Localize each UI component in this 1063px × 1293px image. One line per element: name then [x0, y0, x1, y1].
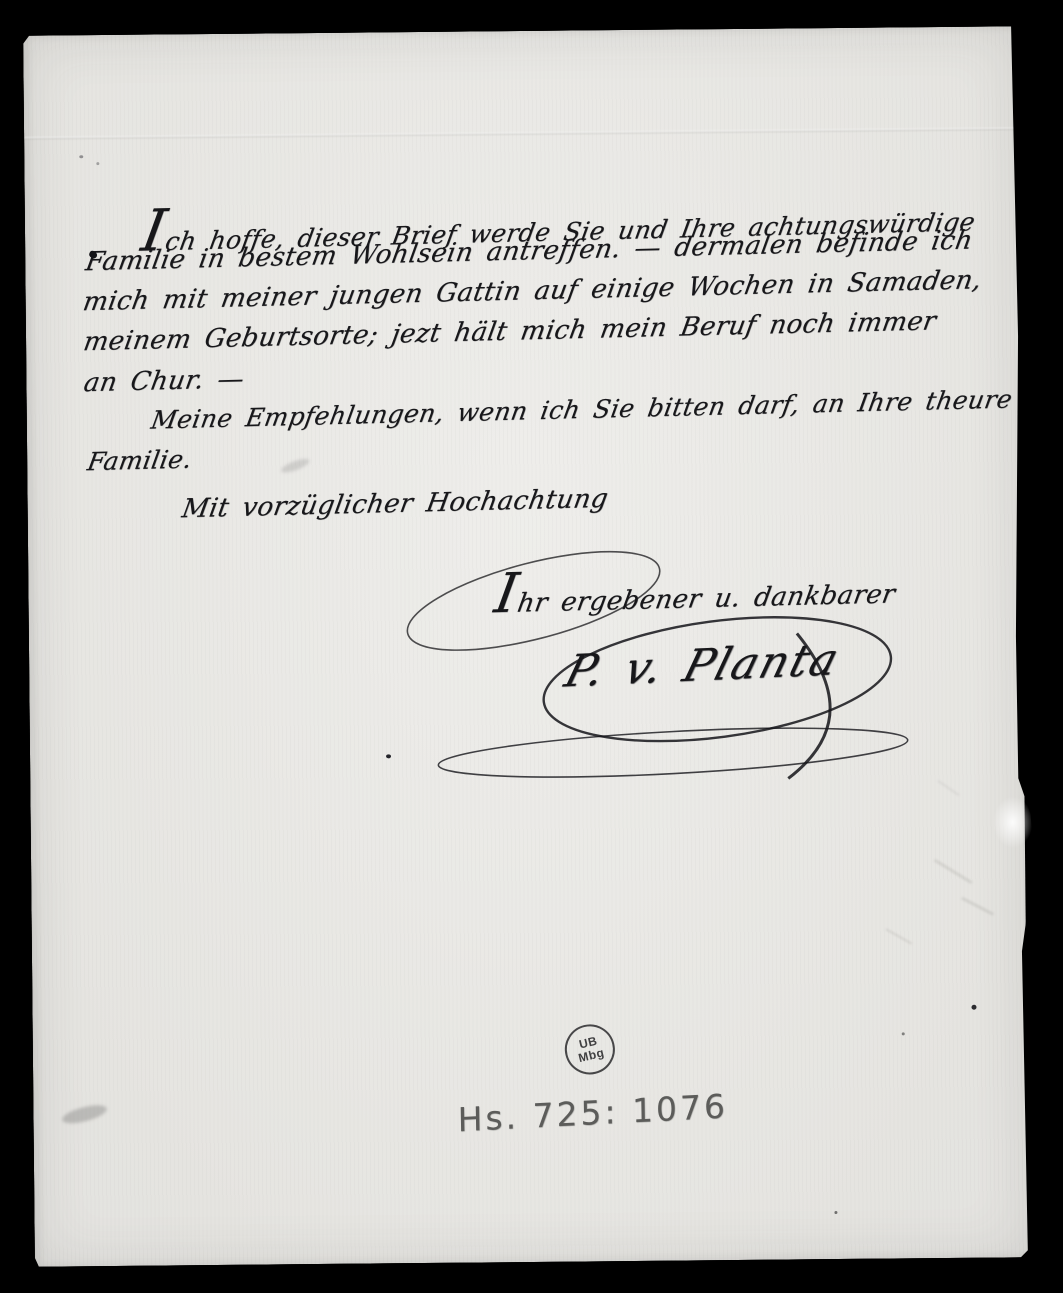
ink-speck [386, 754, 391, 758]
closing-formula: Mit vorzüglicher Hochachtung [180, 485, 610, 524]
letter-line-6: Meine Empfehlungen, wenn ich Sie bitten … [149, 385, 1014, 434]
ink-speck [834, 1211, 837, 1214]
letter-line-5: an Chur. — [82, 365, 247, 398]
ghost-mark [934, 859, 973, 885]
ink-speck [96, 162, 99, 165]
paper-highlight [992, 796, 1032, 848]
ink-speck [971, 1005, 976, 1010]
library-stamp: UB Mbg [560, 1019, 620, 1079]
letter-line-7: Familie. [85, 446, 194, 476]
ghost-mark [937, 780, 960, 796]
scanner-background: Ich hoffe, dieser Brief werde Sie und Ih… [0, 0, 1063, 1293]
ink-speck [79, 155, 83, 158]
fold-crease [24, 127, 1018, 140]
signature: P. v. Planta [559, 636, 845, 697]
letter-line-4: meinem Geburtsorte; jezt hält mich mein … [81, 307, 938, 357]
ink-speck [902, 1032, 905, 1035]
shelfmark: Hs. 725: 1076 [457, 1086, 728, 1139]
pencil-smudge [60, 1102, 108, 1127]
valediction: Ihr ergebener u. dankbarer [491, 553, 902, 623]
smudge [280, 456, 311, 475]
ghost-mark [961, 897, 994, 916]
ghost-mark [885, 928, 912, 944]
letter-page: Ich hoffe, dieser Brief werde Sie und Ih… [23, 26, 1029, 1266]
